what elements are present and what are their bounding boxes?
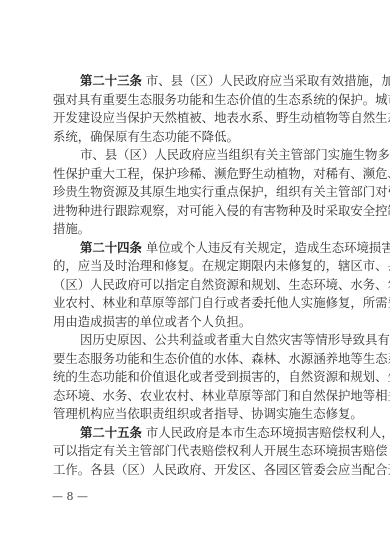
biodiversity-paragraph: 市、县（区）人民政府应当组织有关主管部门实施生物多样 性保护重大工程，保护珍稀、… (53, 146, 342, 239)
text-line: 第二十四条 单位或个人违反有关规定，造成生态环境损害 (53, 239, 342, 258)
text-line: 因历史原因、公共利益或者重大自然灾害等情形导致具有重 (53, 331, 342, 350)
text-line: 进物种进行跟踪观察，对可能入侵的有害物种及时采取安全控制 (53, 202, 342, 221)
article-label: 第二十三条 (80, 73, 142, 88)
text-line: 第二十五条 市人民政府是本市生态环境损害赔偿权利人， (53, 424, 342, 443)
text-line: 的，应当及时治理和修复。在规定期限内未修复的，辖区市、县 (53, 257, 342, 276)
text-line: 管理机构应当依职责组织或者指导、协调实施生态修复。 (53, 405, 342, 424)
text-line: （区）人民政府可以指定自然资源和规划、生态环境、水务、农 (53, 276, 342, 295)
text-line: 系统，确保原有生态功能不降低。 (53, 128, 342, 147)
text-line: 珍贵生物资源及其原生地实行重点保护，组织有关主管部门对引 (53, 183, 342, 202)
document-page: 第二十三条 市、县（区）人民政府应当采取有效措施，加 强对具有重要生态服务功能和… (53, 72, 342, 479)
text-line: 第二十三条 市、县（区）人民政府应当采取有效措施，加 (53, 72, 342, 91)
article-label: 第二十四条 (80, 240, 142, 255)
article-24-paragraph: 第二十四条 单位或个人违反有关规定，造成生态环境损害 的，应当及时治理和修复。在… (53, 239, 342, 332)
page-number: — 8 — (52, 489, 88, 505)
text-line: 工作。各县（区）人民政府、开发区、各园区管委会应当配合开 (53, 461, 342, 480)
article-25-paragraph: 第二十五条 市人民政府是本市生态环境损害赔偿权利人， 可以指定有关主管部门代表赔… (53, 424, 342, 480)
text-line: 措施。 (53, 220, 342, 239)
text-line: 统的生态功能和价值退化或者受到损害的，自然资源和规划、生 (53, 368, 342, 387)
text-line: 市、县（区）人民政府应当组织有关主管部门实施生物多样 (53, 146, 342, 165)
text-line: 业农村、林业和草原等部门自行或者委托他人实施修复，所需费 (53, 294, 342, 313)
article-label: 第二十五条 (80, 425, 142, 440)
text-line: 开发建设应当保护天然植被、地表水系、野生动植物等自然生态 (53, 109, 342, 128)
text-line: 可以指定有关主管部门代表赔偿权利人开展生态环境损害赔偿 (53, 442, 342, 461)
text-line: 性保护重大工程，保护珍稀、濒危野生动植物，对稀有、濒危、 (53, 165, 342, 184)
text-line: 用由造成损害的单位或者个人负担。 (53, 313, 342, 332)
text-line: 要生态服务功能和生态价值的水体、森林、水源涵养地等生态系 (53, 350, 342, 369)
article-23-paragraph: 第二十三条 市、县（区）人民政府应当采取有效措施，加 强对具有重要生态服务功能和… (53, 72, 342, 146)
text-line: 态环境、水务、农业农村、林业草原等部门和自然保护地等相关 (53, 387, 342, 406)
ecological-restoration-paragraph: 因历史原因、公共利益或者重大自然灾害等情形导致具有重 要生态服务功能和生态价值的… (53, 331, 342, 424)
text-line: 强对具有重要生态服务功能和生态价值的生态系统的保护。城市 (53, 91, 342, 110)
